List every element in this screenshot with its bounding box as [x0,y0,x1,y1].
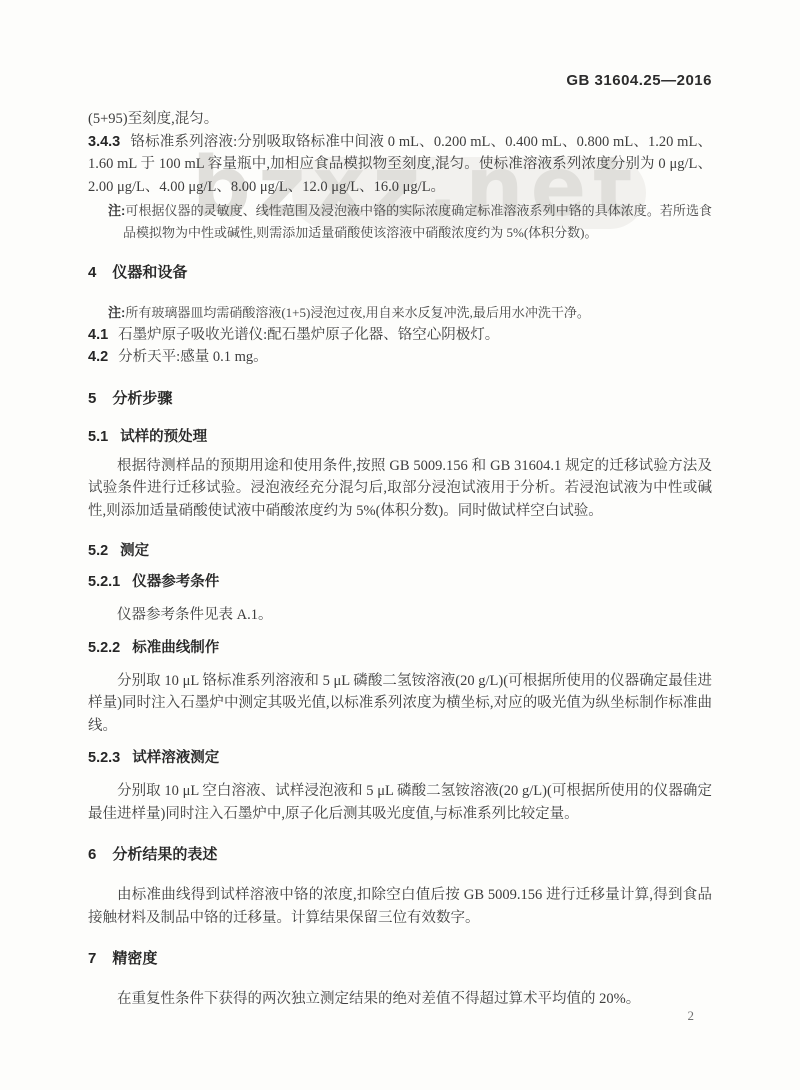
block-body: (5+95)至刻度,混匀。 [88,108,712,131]
block-4: 4仪器和设备 [88,263,712,282]
block-5.2.3: 5.2.3试样溶液测定 [88,749,712,768]
block-title: 仪器和设备 [112,264,187,281]
block-number: 5.2.3 [88,750,120,766]
block-title: 分析步骤 [112,390,172,407]
block-number: 7 [88,950,96,967]
block-text: 分析天平:感量 0.1 mg。 [118,349,267,365]
block-title: 标准曲线制作 [132,640,219,656]
block-note: 注:所有玻璃器皿均需硝酸溶液(1+5)浸泡过夜,用自来水反复冲洗,最后用水冲洗干… [88,302,712,324]
block-number: 4.1 [88,327,108,343]
block-5.2.1: 5.2.1仪器参考条件 [88,573,712,592]
block-para: 分别取 10 μL 空白溶液、试样浸泡液和 5 μL 磷酸二氢铵溶液(20 g/… [88,780,712,825]
block-5.2: 5.2测定 [88,542,712,561]
block-para: 由标准曲线得到试样溶液中铬的浓度,扣除空白值后按 GB 5009.156 进行迁… [88,884,712,929]
block-6: 6分析结果的表述 [88,845,712,864]
block-text: (5+95)至刻度,混匀。 [88,111,218,127]
block-title: 分析结果的表述 [112,846,217,863]
block-number: 6 [88,846,96,863]
block-text: 石墨炉原子吸收光谱仪:配石墨炉原子化器、铬空心阴极灯。 [118,327,499,343]
block-title: 精密度 [112,950,157,967]
block-para: 分别取 10 μL 铬标准系列溶液和 5 μL 磷酸二氢铵溶液(20 g/L)(… [88,670,712,738]
block-number: 4.2 [88,349,108,365]
block-text: 铬标准系列溶液:分别吸取铬标准中间液 0 mL、0.200 mL、0.400 m… [88,134,712,195]
block-7: 7精密度 [88,949,712,968]
document-page: bzxz.net GB 31604.25—2016 (5+95)至刻度,混匀。3… [0,0,800,1090]
block-text: 分别取 10 μL 铬标准系列溶液和 5 μL 磷酸二氢铵溶液(20 g/L)(… [88,673,712,734]
block-5.1: 5.1试样的预处理 [88,428,712,447]
block-3.4.3: 3.4.3铬标准系列溶液:分别吸取铬标准中间液 0 mL、0.200 mL、0.… [88,131,712,199]
block-para: 根据待测样品的预期用途和使用条件,按照 GB 5009.156 和 GB 316… [88,455,712,523]
block-text: 根据待测样品的预期用途和使用条件,按照 GB 5009.156 和 GB 316… [88,458,712,519]
note-label: 注: [108,203,125,218]
document-content: (5+95)至刻度,混匀。3.4.3铬标准系列溶液:分别吸取铬标准中间液 0 m… [88,108,712,1011]
block-para: 仪器参考条件见表 A.1。 [88,604,712,627]
block-text: 可根据仪器的灵敏度、线性范围及浸泡液中铬的实际浓度确定标准溶液系列中铬的具体浓度… [123,203,712,240]
block-number: 5.2 [88,543,108,559]
page-number: 2 [688,1008,695,1024]
note-label: 注: [108,305,125,320]
block-text: 由标准曲线得到试样溶液中铬的浓度,扣除空白值后按 GB 5009.156 进行迁… [88,887,712,926]
block-title: 试样溶液测定 [132,750,219,766]
block-text: 分别取 10 μL 空白溶液、试样浸泡液和 5 μL 磷酸二氢铵溶液(20 g/… [88,783,712,822]
block-4.1: 4.1石墨炉原子吸收光谱仪:配石墨炉原子化器、铬空心阴极灯。 [88,324,712,347]
block-number: 5 [88,390,96,407]
block-text: 在重复性条件下获得的两次独立测定结果的绝对差值不得超过算术平均值的 20%。 [117,991,640,1007]
block-number: 5.2.2 [88,640,120,656]
block-4.2: 4.2分析天平:感量 0.1 mg。 [88,346,712,369]
block-para: 在重复性条件下获得的两次独立测定结果的绝对差值不得超过算术平均值的 20%。 [88,988,712,1011]
block-title: 试样的预处理 [120,429,207,445]
block-text: 仪器参考条件见表 A.1。 [117,607,272,623]
block-5: 5分析步骤 [88,389,712,408]
block-title: 测定 [120,543,149,559]
standard-code-header: GB 31604.25—2016 [566,72,712,89]
block-5.2.2: 5.2.2标准曲线制作 [88,639,712,658]
block-note: 注:可根据仪器的灵敏度、线性范围及浸泡液中铬的实际浓度确定标准溶液系列中铬的具体… [88,200,712,243]
block-number: 5.2.1 [88,574,120,590]
block-title: 仪器参考条件 [132,574,219,590]
block-number: 4 [88,264,96,281]
block-number: 3.4.3 [88,134,120,150]
block-text: 所有玻璃器皿均需硝酸溶液(1+5)浸泡过夜,用自来水反复冲洗,最后用水冲洗干净。 [125,305,590,320]
block-number: 5.1 [88,429,108,445]
